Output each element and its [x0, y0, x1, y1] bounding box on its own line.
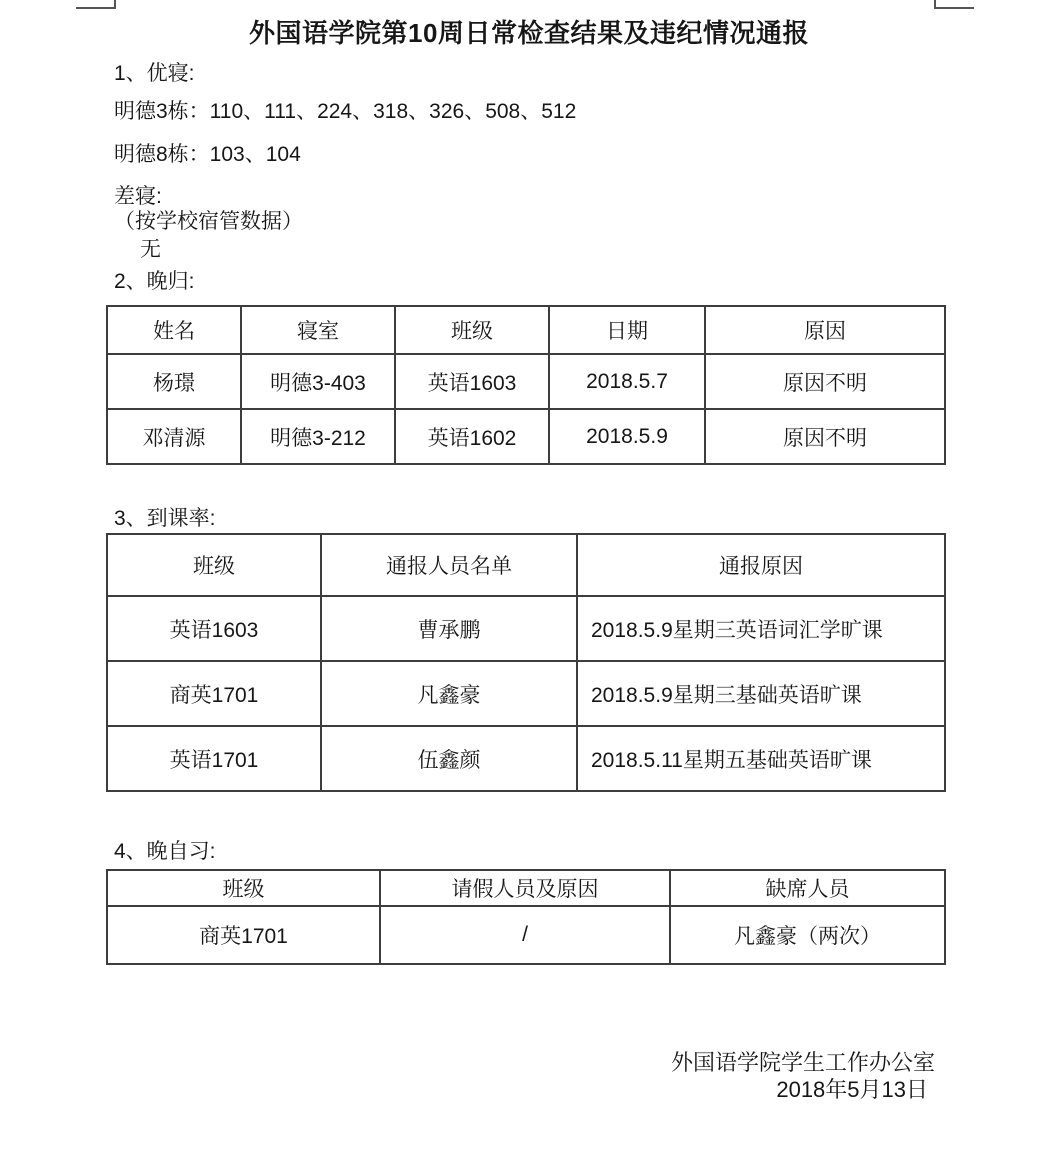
attendance-table: 班级 通报人员名单 通报原因 英语1603 曹承鹏 2018.5.9星期三英语词… [106, 533, 946, 792]
signature-block: 外国语学院学生工作办公室 2018年5月13日 [114, 1049, 944, 1103]
cell-dorm-room: 明德3-212 [241, 409, 395, 464]
excellent-dorm-building8-line: 明德8栋：103、104 [114, 143, 944, 167]
page-margin-mark-top-left [114, 0, 116, 9]
table-row: 商英1701 / 凡鑫豪（两次） [107, 906, 945, 964]
document-page: 外国语学院第10周日常检查结果及违纪情况通报 1、优寝: 明德3栋：110、11… [0, 0, 1064, 1155]
page-margin-mark-top-left [76, 7, 116, 9]
cell-report-reason: 2018.5.11星期五基础英语旷课 [577, 726, 945, 791]
cell-student-name: 凡鑫豪 [321, 661, 577, 726]
cell-student-name: 伍鑫颜 [321, 726, 577, 791]
cell-student-name: 杨璟 [107, 354, 241, 409]
cell-class: 英语1701 [107, 726, 321, 791]
table-row: 邓清源 明德3-212 英语1602 2018.5.9 原因不明 [107, 409, 945, 464]
column-header: 班级 [395, 306, 549, 354]
cell-class: 商英1701 [107, 906, 380, 964]
column-header: 通报原因 [577, 534, 945, 596]
table-row: 杨璟 明德3-403 英语1603 2018.5.7 原因不明 [107, 354, 945, 409]
signature-office: 外国语学院学生工作办公室 [114, 1049, 935, 1076]
column-header: 寝室 [241, 306, 395, 354]
signature-date: 2018年5月13日 [114, 1076, 935, 1103]
table-header-row: 班级 请假人员及原因 缺席人员 [107, 870, 945, 906]
cell-class: 英语1603 [395, 354, 549, 409]
column-header: 请假人员及原因 [380, 870, 670, 906]
table-header-row: 班级 通报人员名单 通报原因 [107, 534, 945, 596]
evening-study-table: 班级 请假人员及原因 缺席人员 商英1701 / 凡鑫豪（两次） [106, 869, 946, 965]
table-header-row: 姓名 寝室 班级 日期 原因 [107, 306, 945, 354]
column-header: 姓名 [107, 306, 241, 354]
poor-dorm-heading: 差寝: [114, 185, 944, 209]
table-row: 英语1701 伍鑫颜 2018.5.11星期五基础英语旷课 [107, 726, 945, 791]
cell-class: 英语1602 [395, 409, 549, 464]
cell-date: 2018.5.7 [549, 354, 705, 409]
cell-class: 商英1701 [107, 661, 321, 726]
cell-student-name: 曹承鹏 [321, 596, 577, 661]
section-1-heading: 1、优寝: [114, 62, 944, 86]
excellent-dorm-building3-line: 明德3栋：110、111、224、318、326、508、512 [114, 100, 944, 124]
page-margin-mark-top-right [934, 7, 974, 9]
document-content: 外国语学院第10周日常检查结果及违纪情况通报 1、优寝: 明德3栋：110、11… [0, 16, 1064, 1103]
cell-date: 2018.5.9 [549, 409, 705, 464]
section-3-heading: 3、到课率: [114, 507, 944, 531]
cell-reason: 原因不明 [705, 354, 945, 409]
column-header: 缺席人员 [670, 870, 945, 906]
cell-class: 英语1603 [107, 596, 321, 661]
cell-absent-person: 凡鑫豪（两次） [670, 906, 945, 964]
section-2-heading: 2、晚归: [114, 270, 944, 294]
table-row: 英语1603 曹承鹏 2018.5.9星期三英语词汇学旷课 [107, 596, 945, 661]
column-header: 日期 [549, 306, 705, 354]
cell-student-name: 邓清源 [107, 409, 241, 464]
poor-dorm-value: 无 [114, 238, 944, 262]
cell-report-reason: 2018.5.9星期三英语词汇学旷课 [577, 596, 945, 661]
page-margin-mark-top-right [934, 0, 936, 9]
cell-leave-info: / [380, 906, 670, 964]
late-return-table: 姓名 寝室 班级 日期 原因 杨璟 明德3-403 英语1603 2018.5.… [106, 305, 946, 465]
section-4-heading: 4、晚自习: [114, 840, 944, 864]
column-header: 班级 [107, 870, 380, 906]
column-header: 班级 [107, 534, 321, 596]
column-header: 通报人员名单 [321, 534, 577, 596]
column-header: 原因 [705, 306, 945, 354]
cell-reason: 原因不明 [705, 409, 945, 464]
table-row: 商英1701 凡鑫豪 2018.5.9星期三基础英语旷课 [107, 661, 945, 726]
poor-dorm-note: （按学校宿管数据） [114, 210, 944, 234]
cell-report-reason: 2018.5.9星期三基础英语旷课 [577, 661, 945, 726]
document-title: 外国语学院第10周日常检查结果及违纪情况通报 [114, 16, 944, 50]
cell-dorm-room: 明德3-403 [241, 354, 395, 409]
